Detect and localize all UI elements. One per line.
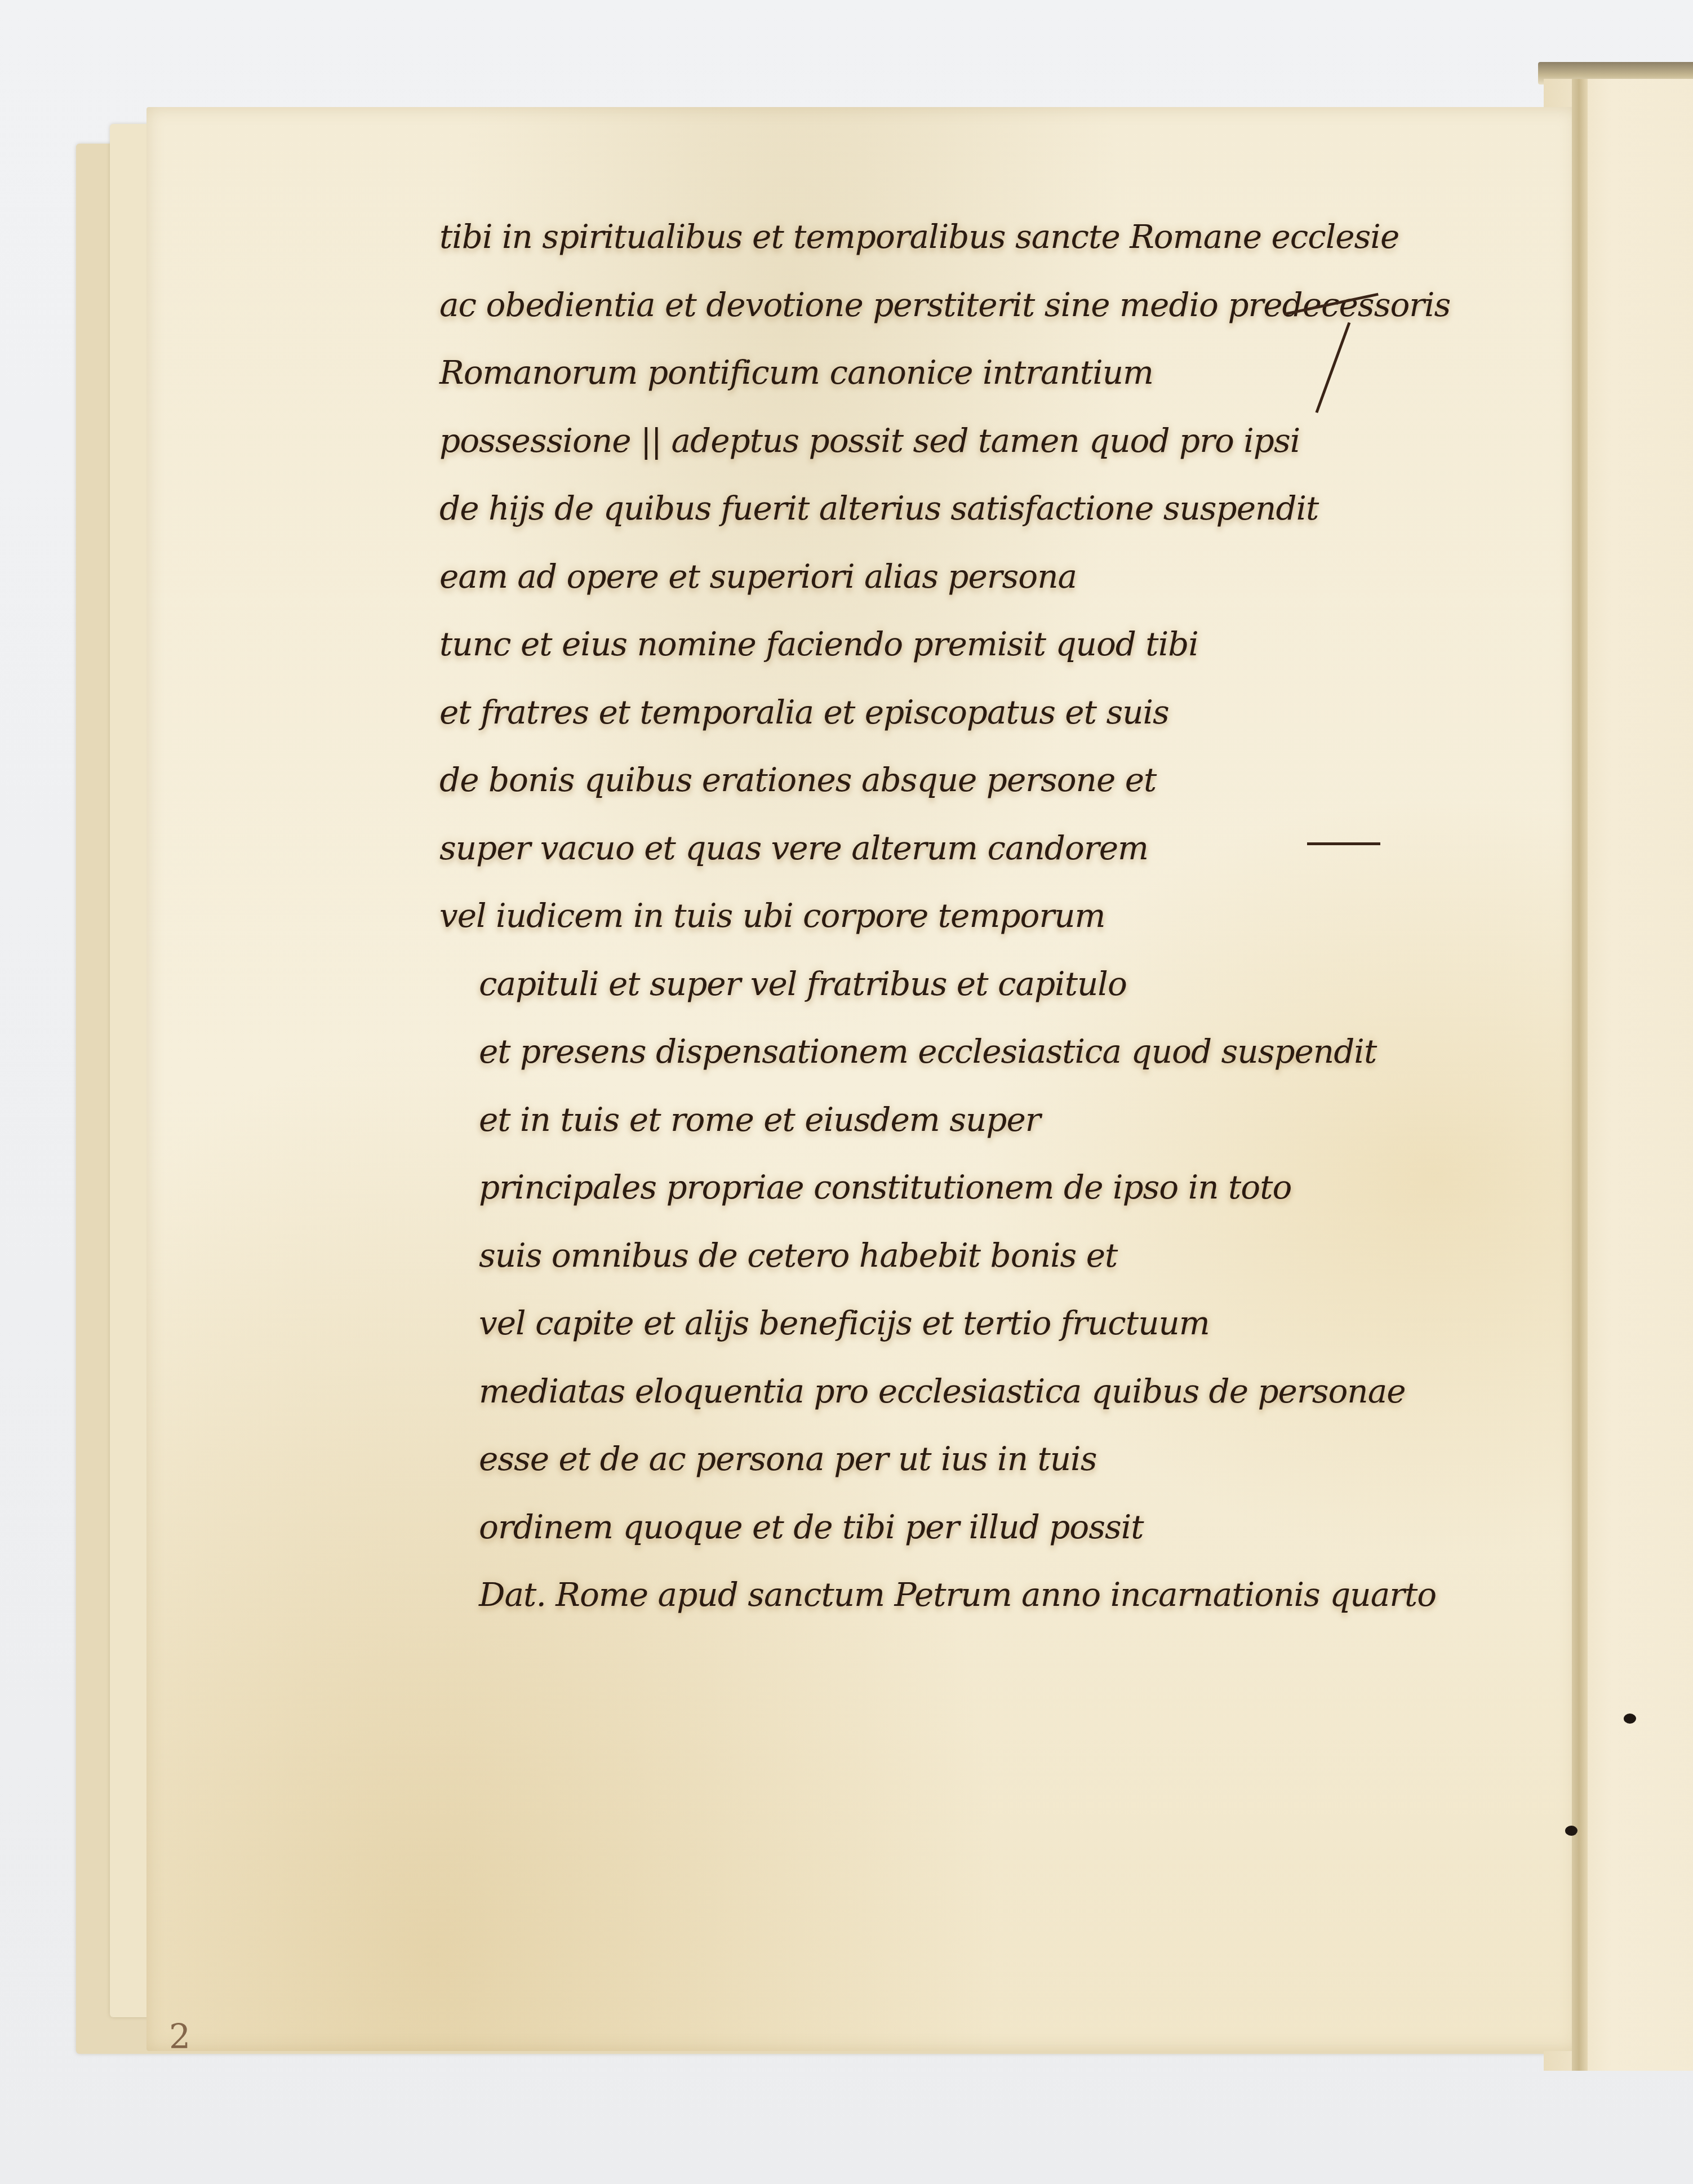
manuscript-line: eam ad opere et superiori alias persona: [439, 543, 1408, 611]
manuscript-line: possessione || adeptus possit sed tamen …: [439, 407, 1408, 475]
manuscript-text-block: tibi in spiritualibus et temporalibus sa…: [439, 203, 1408, 1629]
manuscript-line: Dat. Rome apud sanctum Petrum anno incar…: [439, 1561, 1408, 1629]
margin-line: [1307, 842, 1380, 845]
manuscript-line: esse et de ac persona per ut ius in tuis: [439, 1425, 1408, 1493]
manuscript-line: vel iudicem in tuis ubi corpore temporum: [439, 882, 1408, 950]
manuscript-line: capituli et super vel fratribus et capit…: [439, 950, 1408, 1018]
manuscript-line: mediatas eloquentia pro ecclesiastica qu…: [439, 1357, 1408, 1426]
binding-gutter: [1572, 79, 1588, 2071]
manuscript-line: Romanorum pontificum canonice intrantium: [439, 339, 1408, 407]
manuscript-line: de bonis quibus erationes absque persone…: [439, 746, 1408, 814]
manuscript-line: vel capite et alijs beneficijs et tertio…: [439, 1289, 1408, 1357]
manuscript-line: et presens dispensationem ecclesiastica …: [439, 1018, 1408, 1086]
manuscript-line: super vacuo et quas vere alterum candore…: [439, 814, 1408, 882]
ink-spot: [1624, 1714, 1636, 1724]
corner-mark: 2: [169, 2017, 190, 2057]
manuscript-line: ac obedientia et devotione perstiterit s…: [439, 271, 1408, 339]
ink-spot: [1565, 1826, 1578, 1836]
manuscript-line: tunc et eius nomine faciendo premisit qu…: [439, 610, 1408, 678]
manuscript-line: et in tuis et rome et eiusdem super: [439, 1086, 1408, 1154]
manuscript-line: et fratres et temporalia et episcopatus …: [439, 678, 1408, 747]
manuscript-line: de hijs de quibus fuerit alterius satisf…: [439, 474, 1408, 543]
manuscript-line: tibi in spiritualibus et temporalibus sa…: [439, 203, 1408, 271]
manuscript-line: principales propriae constitutionem de i…: [439, 1153, 1408, 1222]
manuscript-line: suis omnibus de cetero habebit bonis et: [439, 1222, 1408, 1290]
manuscript-line: ordinem quoque et de tibi per illud poss…: [439, 1493, 1408, 1561]
